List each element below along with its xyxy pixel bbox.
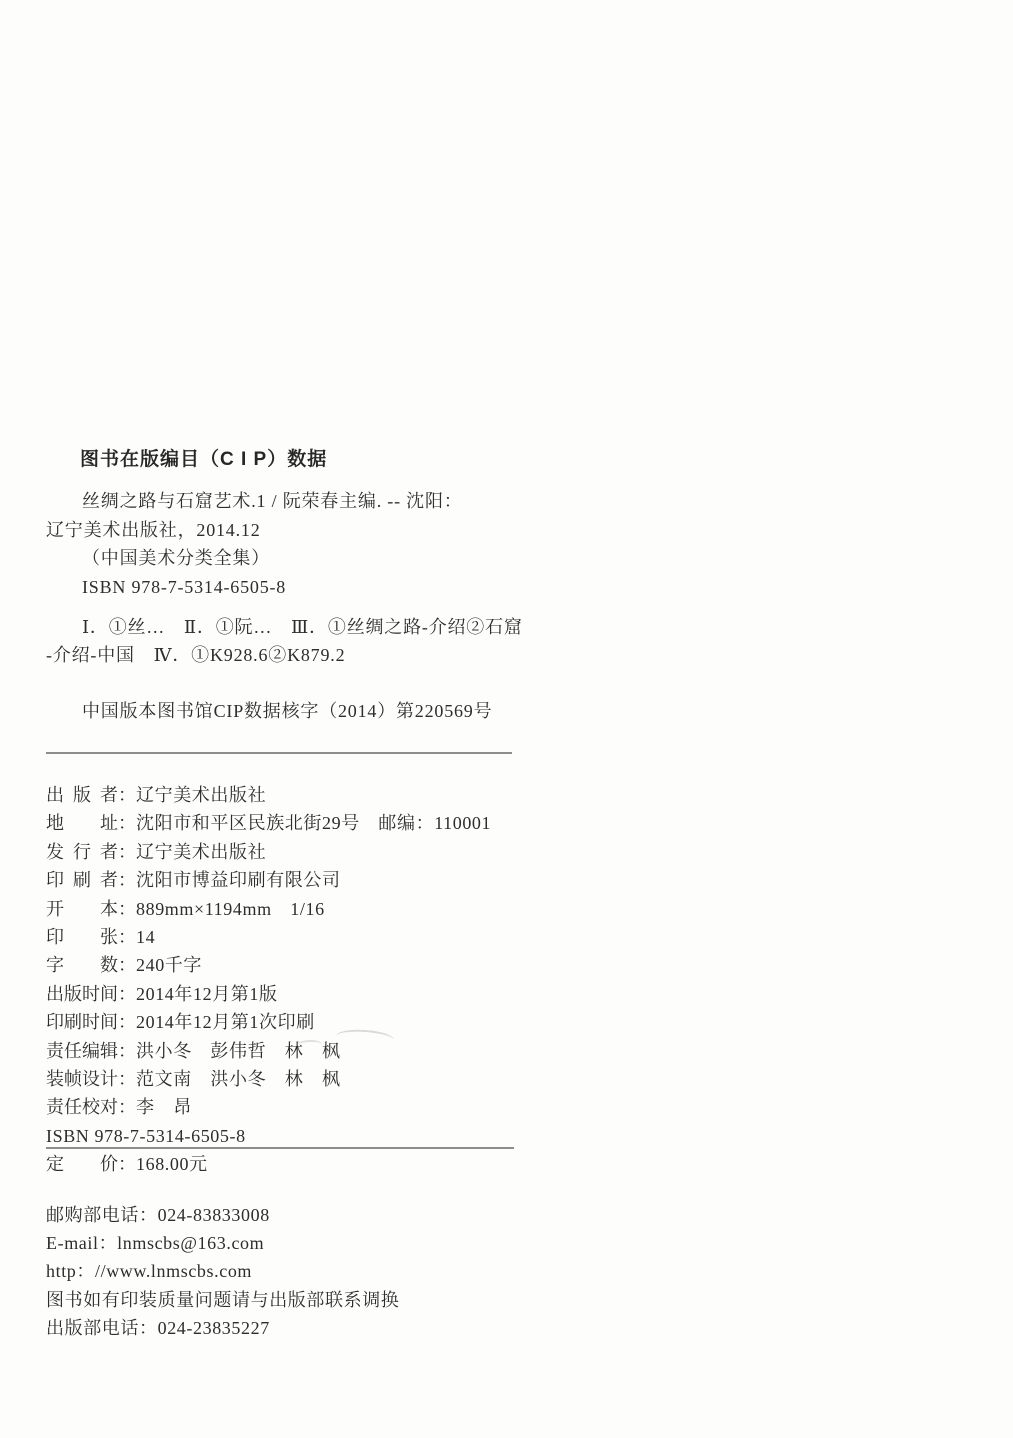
pub-colon: ：: [118, 1037, 136, 1065]
pub-row-publisher: 出版者：辽宁美术出版社: [46, 781, 606, 809]
pub-value: 沈阳市和平区民族北街29号 邮编：110001: [136, 813, 491, 833]
cip-record-number: 中国版本图书馆CIP数据核字（2014）第220569号: [82, 697, 492, 723]
isbn-text: ISBN 978-7-5314-6505-8: [46, 1126, 246, 1146]
pub-colon: ：: [118, 866, 136, 894]
pub-row-wordcount: 字数：240千字: [46, 951, 606, 979]
pub-colon: ：: [118, 838, 136, 866]
contact-quality-notice: 图书如有印装质量问题请与出版部联系调换: [46, 1286, 606, 1314]
pub-colon: ：: [118, 781, 136, 809]
pub-label: 出版时间: [46, 980, 118, 1008]
cip-line-title-author: 丝绸之路与石窟艺术.1 / 阮荣春主编. -- 沈阳：: [46, 487, 566, 516]
contact-info-list: 邮购部电话：024-83833008 E-mail：lnmscbs@163.co…: [46, 1201, 606, 1342]
pub-value: 14: [136, 927, 155, 947]
pub-label: 定价: [46, 1150, 118, 1178]
pub-value: 辽宁美术出版社: [136, 785, 266, 805]
pub-colon: ：: [118, 1150, 136, 1178]
cip-title: 图书在版编目（C I P）数据: [80, 444, 327, 471]
pub-label: 印刷时间: [46, 1008, 118, 1036]
cip-line-series: （中国美术分类全集）: [46, 544, 566, 573]
pub-value: 沈阳市博益印刷有限公司: [136, 870, 341, 890]
pub-label: 字数: [46, 951, 118, 979]
pub-value: 2014年12月第1版: [136, 984, 278, 1004]
pub-row-printer: 印刷者：沈阳市博益印刷有限公司: [46, 866, 606, 894]
pub-row-pubdate: 出版时间：2014年12月第1版: [46, 980, 606, 1008]
contact-publishing-phone: 出版部电话：024-23835227: [46, 1314, 606, 1342]
pub-colon: ：: [118, 1008, 136, 1036]
pub-value: 2014年12月第1次印刷: [136, 1012, 315, 1032]
divider-price: [46, 1147, 514, 1149]
pub-row-address: 地址：沈阳市和平区民族北街29号 邮编：110001: [46, 809, 606, 837]
pub-row-proofreader: 责任校对：李 昂: [46, 1093, 606, 1121]
pub-row-designer: 装帧设计：范文南 洪小冬 林 枫: [46, 1065, 606, 1093]
pub-label: 责任校对: [46, 1093, 118, 1121]
pub-value: 李 昂: [136, 1097, 192, 1117]
contact-website: http：//www.lnmscbs.com: [46, 1257, 606, 1285]
classification-line-1: Ⅰ．①丝… Ⅱ．①阮… Ⅲ．①丝绸之路-介绍②石窟: [46, 614, 566, 642]
pub-colon: ：: [118, 809, 136, 837]
pub-row-editor: 责任编辑：洪小冬 彭伟哲 林 枫: [46, 1037, 606, 1065]
pub-colon: ：: [118, 1065, 136, 1093]
pub-row-price: 定价：168.00元: [46, 1150, 606, 1178]
cip-line-isbn: ISBN 978-7-5314-6505-8: [46, 573, 566, 602]
publication-info-list: 出版者：辽宁美术出版社 地址：沈阳市和平区民族北街29号 邮编：110001 发…: [46, 781, 606, 1179]
pub-label: 开本: [46, 895, 118, 923]
pub-row-distributor: 发行者：辽宁美术出版社: [46, 838, 606, 866]
cip-line-publisher-date: 辽宁美术出版社，2014.12: [46, 516, 566, 545]
pub-colon: ：: [118, 1093, 136, 1121]
pub-value: 范文南 洪小冬 林 枫: [136, 1069, 341, 1089]
classification-line-2: -介绍-中国 Ⅳ．①K928.6②K879.2: [46, 642, 566, 670]
pub-label: 印张: [46, 923, 118, 951]
pub-colon: ：: [118, 980, 136, 1008]
pub-value: 168.00元: [136, 1154, 208, 1174]
pub-value: 889mm×1194mm 1/16: [136, 899, 325, 919]
contact-mailorder-phone: 邮购部电话：024-83833008: [46, 1201, 606, 1229]
pub-label: 责任编辑: [46, 1037, 118, 1065]
pub-colon: ：: [118, 895, 136, 923]
contact-email: E-mail：lnmscbs@163.com: [46, 1229, 606, 1257]
pub-colon: ：: [118, 923, 136, 951]
pub-label: 出版者: [46, 781, 118, 809]
pub-label: 发行者: [46, 838, 118, 866]
cip-classification-block: Ⅰ．①丝… Ⅱ．①阮… Ⅲ．①丝绸之路-介绍②石窟 -介绍-中国 Ⅳ．①K928…: [46, 614, 566, 669]
pub-row-sheets: 印张：14: [46, 923, 606, 951]
pub-label: 装帧设计: [46, 1065, 118, 1093]
pub-colon: ：: [118, 951, 136, 979]
pub-row-format: 开本：889mm×1194mm 1/16: [46, 895, 606, 923]
cip-description-block: 丝绸之路与石窟艺术.1 / 阮荣春主编. -- 沈阳： 辽宁美术出版社，2014…: [46, 487, 566, 601]
pub-label: 地址: [46, 809, 118, 837]
pub-value: 辽宁美术出版社: [136, 842, 266, 862]
pub-label: 印刷者: [46, 866, 118, 894]
pub-row-printdate: 印刷时间：2014年12月第1次印刷: [46, 1008, 606, 1036]
divider-top: [46, 752, 512, 754]
pub-value: 240千字: [136, 955, 202, 975]
colophon-page: 图书在版编目（C I P）数据 丝绸之路与石窟艺术.1 / 阮荣春主编. -- …: [0, 0, 1013, 1438]
